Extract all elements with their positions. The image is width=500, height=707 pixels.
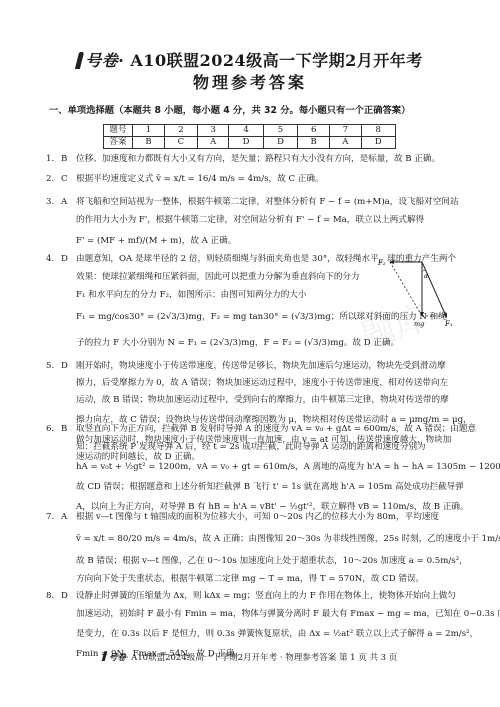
explanation-line: 擦力，后受摩擦力为 0，故 A 错误；物块加速运动过程中，速度小于传送带速度，相… bbox=[76, 374, 448, 393]
section-title: 一、单项选择题（本题共 8 小题，每小题 4 分，共 32 分。每小题只有一个正… bbox=[49, 102, 410, 116]
explanation-line: 加速运动，初始时 F 最小有 Fmin = ma，物体与弹簧分离时 F 最大有 … bbox=[76, 605, 500, 624]
table-row-answers: 答案 B C A D D B A D bbox=[104, 137, 396, 149]
label-mg: mg bbox=[414, 320, 424, 328]
logo-brush-icon bbox=[75, 52, 84, 69]
table-cell: 1 bbox=[133, 125, 165, 137]
exam-title: · A10联盟2024级高一下学期2月开年考 bbox=[118, 51, 423, 70]
label-alpha: α bbox=[424, 273, 428, 280]
table-cell: 3 bbox=[197, 125, 228, 137]
question-answer: D bbox=[61, 250, 73, 269]
explanation-line: 将飞船和空间站视为一整体，根据牛顿第二定律，对整体分析有 F − f = (m+… bbox=[76, 193, 459, 212]
table-cell: B bbox=[133, 137, 165, 149]
explanation-line: hA = v₀t + ½gt² = 1200m，vA = v₀ + gt = 6… bbox=[76, 458, 500, 477]
explanation-line: 取竖直向下为正方向，拦截弹 B 发射时导弹 A 的速度为 vA = v₀ + g… bbox=[76, 420, 476, 439]
force-decomposition-diagram: F₂ α mg F₁ bbox=[375, 258, 470, 333]
question-number: 3. bbox=[46, 193, 60, 212]
explanation-line: 刚开始时，物块速度小于传送带速度，传送带足够长，物块先加速后匀速运动，物块先受到… bbox=[76, 357, 446, 376]
question-answer: C bbox=[61, 170, 73, 189]
question-number: 7. bbox=[46, 508, 60, 527]
explanation-line: 故 B 错误；根据 v—t 图像，乙在 0～10s 加速度向上处于超重状态，10… bbox=[76, 552, 468, 571]
logo-text: 号卷 bbox=[85, 51, 118, 70]
explanation-line: 知：拦截系统 P 发现导弹 A 后，经 t = 2s 成功拦截，此时导弹 A 运… bbox=[76, 438, 426, 457]
question-answer: B bbox=[61, 420, 73, 439]
question-answer: A bbox=[61, 193, 73, 212]
row-label: 答案 bbox=[104, 137, 133, 149]
explanation-line: 方向向下处于失重状态，根据牛顿第二定律 mg − T = ma，得 T = 57… bbox=[76, 570, 424, 589]
question-number: 4. bbox=[46, 250, 60, 269]
page-footer: 号卷· A10联盟2024级高一下学期2月开年考 · 物理参考答案 第 1 页 … bbox=[0, 651, 500, 663]
question-answer: B bbox=[61, 150, 73, 169]
question-number: 5. bbox=[46, 357, 60, 376]
footer-logo-text: 号卷 bbox=[109, 653, 126, 663]
header-title: 号卷· A10联盟2024级高一下学期2月开年考 bbox=[0, 48, 500, 71]
table-cell: 8 bbox=[361, 125, 395, 137]
table-cell: 5 bbox=[263, 125, 297, 137]
f1-arrowhead-icon bbox=[443, 313, 447, 318]
table-row-numbers: 题号 1 2 3 4 5 6 7 8 bbox=[104, 125, 396, 137]
explanation-line: 的作用力大小为 F'，根据牛顿第二定律，对空间站分析有 F' − f = Ma，… bbox=[76, 211, 424, 230]
question-answer: A bbox=[61, 508, 73, 527]
footer-text: · A10联盟2024级高一下学期2月开年考 · 物理参考答案 第 1 页 共 … bbox=[126, 653, 398, 663]
table-cell: D bbox=[361, 137, 395, 149]
explanation-line: F' = (MF + mf)/(M + m)，故 A 正确。 bbox=[76, 232, 236, 251]
question-answer: D bbox=[61, 587, 73, 606]
table-cell: 7 bbox=[330, 125, 361, 137]
label-f1: F₁ bbox=[444, 320, 453, 328]
answer-page: 号卷· A10联盟2024级高一下学期2月开年考 物理参考答案 一、单项选择题（… bbox=[0, 0, 500, 707]
table-cell: A bbox=[330, 137, 361, 149]
f2-arrowhead-icon bbox=[389, 260, 394, 264]
question-number: 8. bbox=[46, 587, 60, 606]
explanation-line: 子的拉力 F 大小分别为 N = F₁ = (2√3/3)mg，F = F₂ =… bbox=[76, 334, 399, 353]
table-cell: D bbox=[263, 137, 297, 149]
table-cell: A bbox=[197, 137, 228, 149]
table-cell: D bbox=[229, 137, 263, 149]
table-cell: 2 bbox=[164, 125, 197, 137]
explanation-line: 根据平均速度定义式 v̄ = x/t = 16/4 m/s = 4m/s，故 C… bbox=[76, 170, 324, 189]
footer-logo-brush-icon bbox=[101, 651, 106, 661]
question-number: 2. bbox=[46, 170, 60, 189]
explanation-line: 效果：使球拉紧细绳和压紧斜面，因此可以把重力分解为垂直斜向下的分力 bbox=[76, 268, 360, 287]
explanation-line: 位移、加速度和力都既有大小又有方向，是矢量；路程只有大小没有方向，是标量，故 B… bbox=[76, 150, 440, 169]
table-cell: 4 bbox=[229, 125, 263, 137]
question-number: 1. bbox=[46, 150, 60, 169]
explanation-line: F₁ 和水平向左的分力 F₂，如图所示：由图可知两分力的大小 bbox=[76, 286, 307, 305]
table-cell: 6 bbox=[298, 125, 330, 137]
question-number: 6. bbox=[46, 420, 60, 439]
explanation-line: 运动，故 B 错误；物块加速运动过程中，受到向右的摩擦力，由牛顿第三定律，物块对… bbox=[76, 391, 449, 410]
row-label: 题号 bbox=[104, 125, 133, 137]
explanation-line: 根据 v—t 图像与 t 轴围成的面积为位移大小，可知 0～20s 内乙的位移大… bbox=[76, 508, 439, 527]
explanation-line: 故 CD 错误；根据题意和上述分析知拦截弹 B 飞行 t' = 1s 就在离地 … bbox=[76, 478, 464, 497]
page-subtitle: 物理参考答案 bbox=[0, 70, 500, 93]
explanation-line: 是变力，在 0.3s 以后 F 是恒力，则 0.3s 弹簧恢复原状，由 Δx =… bbox=[76, 625, 478, 644]
table-cell: B bbox=[298, 137, 330, 149]
explanation-line: v̄ = x/t = 80/20 m/s = 4m/s，故 A 正确；由图像知 … bbox=[76, 530, 500, 549]
answer-table: 题号 1 2 3 4 5 6 7 8 答案 B C A D D B A D bbox=[103, 124, 396, 149]
question-answer: D bbox=[61, 357, 73, 376]
explanation-line: 设静止时弹簧的压缩量为 Δx，则 kΔx = mg；竖直向上的力 F 作用在物体… bbox=[76, 587, 456, 606]
parallelogram-dashed-left bbox=[390, 262, 422, 316]
table-cell: C bbox=[164, 137, 197, 149]
label-f2: F₂ bbox=[377, 259, 386, 267]
